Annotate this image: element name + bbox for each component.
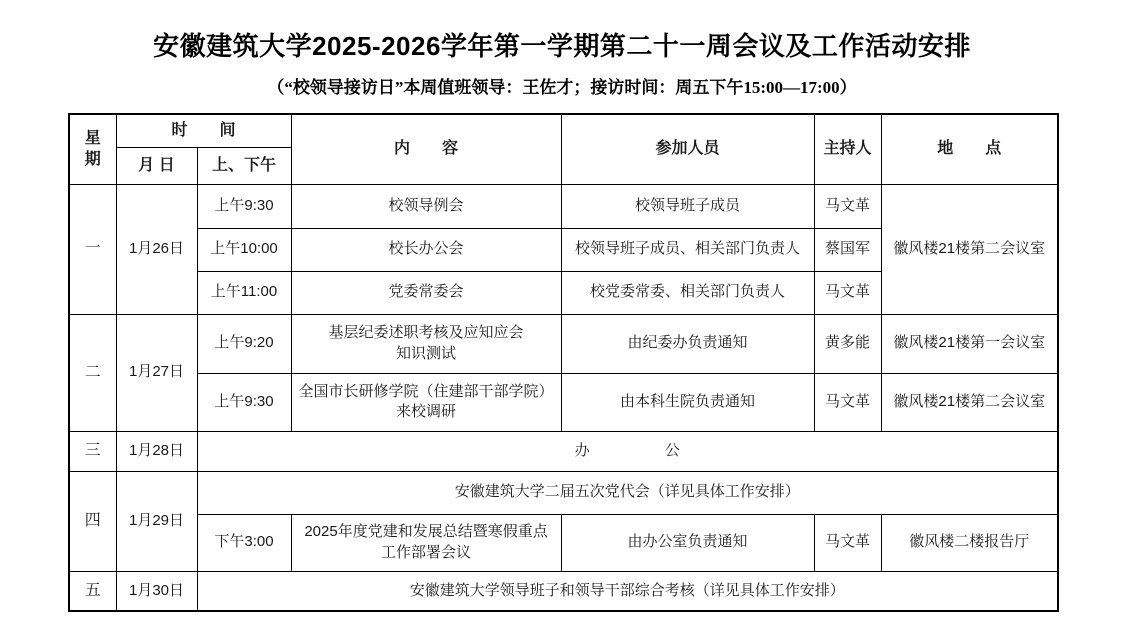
schedule-table: 星 期 时 间 内 容 参加人员 主持人 地 点 月 日 上、下午 一 1月26…: [68, 113, 1059, 612]
host-cell: 马文革: [814, 373, 881, 431]
host-cell: 马文革: [814, 271, 881, 314]
time-cell: 上午9:30: [197, 184, 291, 228]
participants-cell: 由纪委办负责通知: [561, 314, 814, 373]
header-ampm: 上、下午: [197, 147, 291, 184]
header-time: 时 间: [116, 114, 291, 147]
header-weekday: 星 期: [69, 114, 116, 184]
time-cell: 上午9:30: [197, 373, 291, 431]
host-cell: 蔡国军: [814, 228, 881, 271]
page-subtitle: （“校领导接访日”本周值班领导：王佐才；接访时间：周五下午15:00—17:00…: [0, 73, 1124, 98]
host-cell: 马文革: [814, 514, 881, 571]
weekday-cell: 五: [69, 571, 116, 611]
participants-cell: 校党委常委、相关部门负责人: [561, 271, 814, 314]
participants-cell: 校领导班子成员: [561, 184, 814, 228]
table-row: 二 1月27日 上午9:20 基层纪委述职考核及应知应会 知识测试 由纪委办负责…: [69, 314, 1058, 373]
table-row: 五 1月30日 安徽建筑大学领导班子和领导干部综合考核（详见具体工作安排）: [69, 571, 1058, 611]
header-host: 主持人: [814, 114, 881, 184]
time-cell: 下午3:00: [197, 514, 291, 571]
page-title: 安徽建筑大学2025-2026学年第一学期第二十一周会议及工作活动安排: [0, 26, 1124, 63]
header-content: 内 容: [291, 114, 561, 184]
header-location: 地 点: [881, 114, 1058, 184]
participants-cell: 由办公室负责通知: [561, 514, 814, 571]
merged-content-cell: 办 公: [197, 431, 1058, 471]
header-date: 月 日: [116, 147, 197, 184]
participants-cell: 校领导班子成员、相关部门负责人: [561, 228, 814, 271]
date-cell: 1月26日: [116, 184, 197, 314]
date-cell: 1月29日: [116, 471, 197, 571]
location-cell: 徽风楼21楼第一会议室: [881, 314, 1058, 373]
content-cell: 校长办公会: [291, 228, 561, 271]
content-cell: 全国市长研修学院（住建部干部学院） 来校调研: [291, 373, 561, 431]
participants-cell: 由本科生院负责通知: [561, 373, 814, 431]
merged-content-cell: 安徽建筑大学二届五次党代会（详见具体工作安排）: [197, 471, 1058, 514]
content-cell: 校领导例会: [291, 184, 561, 228]
content-cell: 基层纪委述职考核及应知应会 知识测试: [291, 314, 561, 373]
weekday-cell: 一: [69, 184, 116, 314]
date-cell: 1月28日: [116, 431, 197, 471]
table-row: 上午9:30 全国市长研修学院（住建部干部学院） 来校调研 由本科生院负责通知 …: [69, 373, 1058, 431]
time-cell: 上午9:20: [197, 314, 291, 373]
weekday-cell: 三: [69, 431, 116, 471]
merged-content-cell: 安徽建筑大学领导班子和领导干部综合考核（详见具体工作安排）: [197, 571, 1058, 611]
page: 安徽建筑大学2025-2026学年第一学期第二十一周会议及工作活动安排 （“校领…: [0, 0, 1124, 640]
host-cell: 黄多能: [814, 314, 881, 373]
header-participants: 参加人员: [561, 114, 814, 184]
weekday-cell: 二: [69, 314, 116, 431]
table-row: 四 1月29日 安徽建筑大学二届五次党代会（详见具体工作安排）: [69, 471, 1058, 514]
location-cell: 徽风楼21楼第二会议室: [881, 373, 1058, 431]
weekday-cell: 四: [69, 471, 116, 571]
host-cell: 马文革: [814, 184, 881, 228]
table-row: 三 1月28日 办 公: [69, 431, 1058, 471]
date-cell: 1月27日: [116, 314, 197, 431]
location-cell: 徽风楼21楼第二会议室: [881, 184, 1058, 314]
content-cell: 党委常委会: [291, 271, 561, 314]
time-cell: 上午10:00: [197, 228, 291, 271]
time-cell: 上午11:00: [197, 271, 291, 314]
date-cell: 1月30日: [116, 571, 197, 611]
table-row: 一 1月26日 上午9:30 校领导例会 校领导班子成员 马文革 徽风楼21楼第…: [69, 184, 1058, 228]
table-row: 下午3:00 2025年度党建和发展总结暨寒假重点 工作部署会议 由办公室负责通…: [69, 514, 1058, 571]
location-cell: 徽风楼二楼报告厅: [881, 514, 1058, 571]
content-cell: 2025年度党建和发展总结暨寒假重点 工作部署会议: [291, 514, 561, 571]
